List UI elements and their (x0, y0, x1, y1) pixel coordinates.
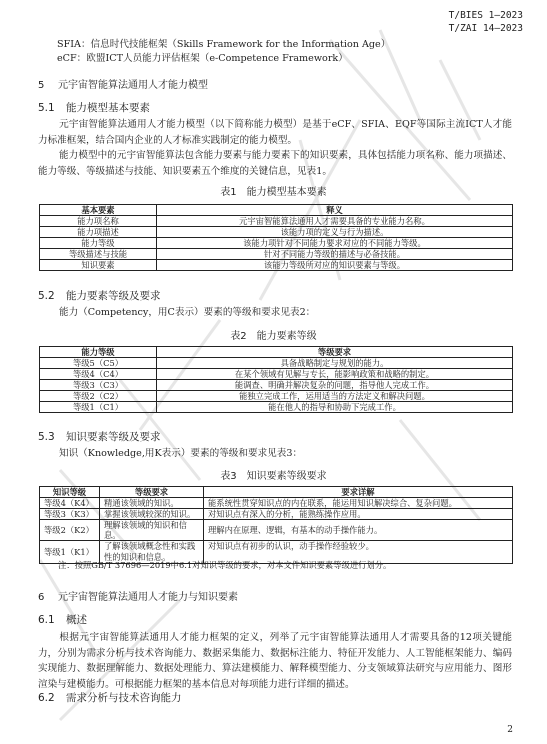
abbreviation-sfia: SFIA：信息时代技能框架（Skills Framework for the I… (57, 38, 390, 51)
section-title: 能力要素等级及要求 (66, 290, 161, 302)
column-header: 基本要素 (40, 205, 157, 216)
column-header: 等级要求 (157, 347, 513, 358)
table-caption: 表2 能力要素等级 (0, 327, 547, 342)
section-number: 5.1 (38, 102, 66, 114)
column-header: 等级要求 (100, 487, 204, 498)
standard-code: T/BIES 1—2023 (449, 9, 523, 22)
section-number: 6 (38, 592, 58, 603)
table-knowledge-levels: 知识等级 等级要求 要求详解 等级4（K4）精通该领域的知识。能系统性贯穿知识点… (39, 486, 513, 564)
paragraph: 知识（Knowledge,用K表示）要素的等级和要求见表3： (38, 446, 512, 462)
column-header: 能力等级 (40, 347, 157, 358)
section-heading-6: 6元宇宙智能算法通用人才能力与知识要素 (38, 588, 238, 603)
table-row: 知识要素该能力等级所对应的知识要素与等级。 (40, 260, 513, 271)
table-row: 能力项名称元宇宙智能算法通用人才需要具备的专业能力名称。 (40, 216, 513, 227)
standard-codes: T/BIES 1—2023 T/ZAI 14—2023 (449, 9, 523, 35)
table-row: 能力等级该能力项针对不同能力要求对应的不同能力等级。 (40, 238, 513, 249)
section-number: 6.1 (38, 614, 66, 626)
table-header-row: 能力等级 等级要求 (40, 347, 513, 358)
table-row: 等级5（C5）具备战略制定与规划的能力。 (40, 358, 513, 369)
section-title: 需求分析与技术咨询能力 (66, 692, 182, 704)
table-caption: 表3 知识要素等级要求 (0, 467, 547, 482)
section-number: 5.3 (38, 431, 66, 443)
abbreviation-ecf: eCF：欧盟ICT人员能力评估框架（e-Competence Framework… (57, 52, 348, 65)
section-heading-5-1: 5.1能力模型基本要素 (38, 100, 150, 115)
section-number: 5.2 (38, 290, 66, 302)
table-note: 注：按照GB/T 37696—2019中6.1对知识等级的要求，对本文件知识要素… (58, 559, 391, 571)
column-header: 知识等级 (40, 487, 100, 498)
paragraph: 能力模型中的元宇宙智能算法包含能力要素与能力要素下的知识要素，具体包括能力项名称… (38, 148, 512, 179)
section-heading-5-2: 5.2能力要素等级及要求 (38, 288, 161, 303)
table-header-row: 知识等级 等级要求 要求详解 (40, 487, 513, 498)
page-number: 2 (507, 725, 513, 735)
table-header-row: 基本要素 释义 (40, 205, 513, 216)
table-row: 等级4（C4）在某个领域有见解与专长，能影响政策和战略的制定。 (40, 369, 513, 380)
section-title: 元宇宙智能算法通用人才能力与知识要素 (58, 592, 238, 603)
paragraph: 根据元宇宙智能算法通用人才能力框架的定义，列举了元宇宙智能算法通用人才需要具备的… (38, 630, 512, 692)
section-heading-5-3: 5.3知识要素等级及要求 (38, 429, 161, 444)
table-row: 等级4（K4）精通该领域的知识。能系统性贯穿知识点的内在联系，能运用知识解决综合… (40, 498, 513, 509)
paragraph: 元宇宙智能算法通用人才能力模型（以下简称能力模型）是基于eCF、SFIA、EQF… (38, 117, 512, 148)
section-heading-5: 5元宇宙智能算法通用人才能力模型 (38, 76, 208, 91)
section-heading-6-1: 6.1概述 (38, 612, 87, 627)
standard-code: T/ZAI 14—2023 (449, 22, 523, 35)
column-header: 要求详解 (204, 487, 513, 498)
table-row: 等级3（K3）掌握该领域较深的知识。对知识点有深入的分析，能熟练操作应用。 (40, 509, 513, 520)
section-title: 元宇宙智能算法通用人才能力模型 (58, 80, 208, 91)
section-number: 6.2 (38, 692, 66, 704)
table-competency-levels: 能力等级 等级要求 等级5（C5）具备战略制定与规划的能力。 等级4（C4）在某… (39, 346, 513, 413)
table-caption: 表1 能力模型基本要素 (0, 183, 547, 198)
table-row: 等级2（K2）理解该领域的知识和信息。理解内在原理、逻辑，有基本的动手操作能力。 (40, 520, 513, 541)
table-row: 能力项描述该能力项的定义与行为描述。 (40, 227, 513, 238)
document-page: T/BIES 1—2023 T/ZAI 14—2023 SFIA：信息时代技能框… (0, 0, 547, 744)
table-row: 等级描述与技能针对不同能力等级的描述与必备技能。 (40, 249, 513, 260)
section-title: 概述 (66, 614, 87, 626)
table-row: 等级3（C3）能调查、明确并解决复杂的问题，指导他人完成工作。 (40, 380, 513, 391)
section-title: 知识要素等级及要求 (66, 431, 161, 443)
table-row: 等级2（C2）能独立完成工作，运用适当的方法定义和解决问题。 (40, 391, 513, 402)
table-basic-elements: 基本要素 释义 能力项名称元宇宙智能算法通用人才需要具备的专业能力名称。 能力项… (39, 204, 513, 271)
section-number: 5 (38, 80, 58, 91)
table-row: 等级1（C1）能在他人的指导和协助下完成工作。 (40, 402, 513, 413)
section-heading-6-2: 6.2需求分析与技术咨询能力 (38, 690, 182, 705)
paragraph: 能力（Competency，用C表示）要素的等级和要求见表2： (38, 305, 512, 321)
section-title: 能力模型基本要素 (66, 102, 150, 114)
column-header: 释义 (157, 205, 513, 216)
